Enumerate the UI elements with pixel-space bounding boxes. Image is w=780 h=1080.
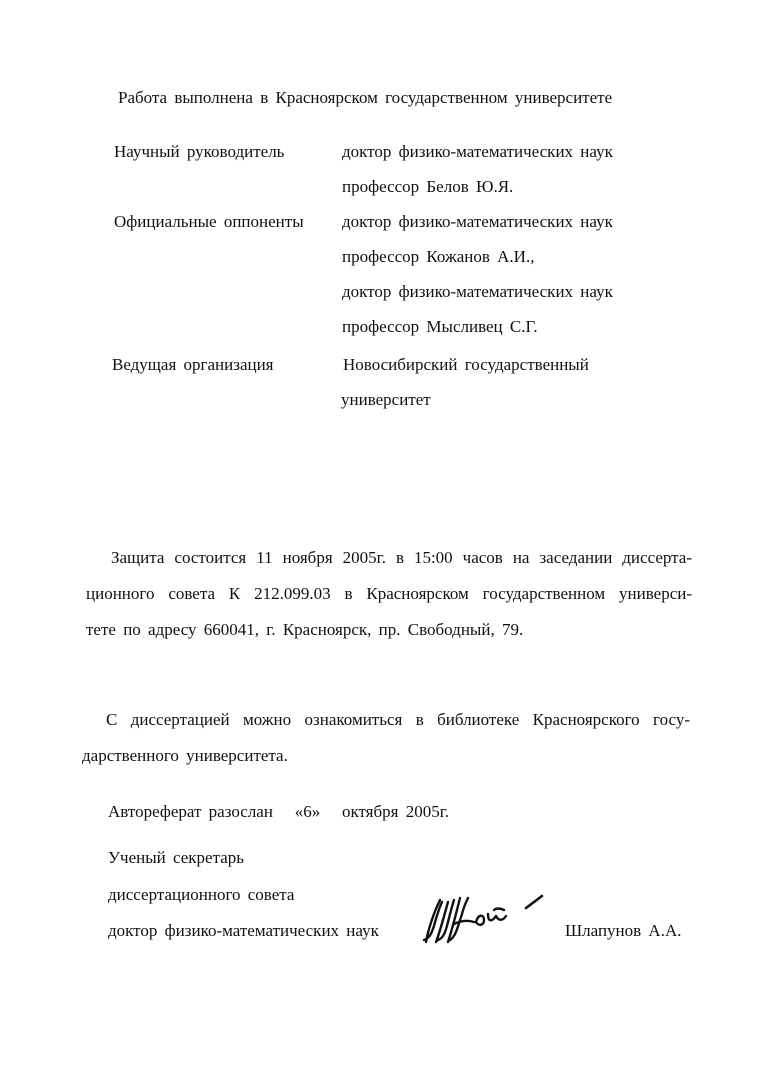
signature-icon (418, 892, 548, 948)
secretary-council: диссертационного совета (108, 885, 294, 905)
leading-org-line-1: Новосибирский государственный (343, 355, 589, 375)
role-opponents: Официальные оппоненты (114, 212, 304, 232)
opponent-1-name: профессор Кожанов А.И., (342, 247, 534, 267)
opponent-2-degree: доктор физико-математических наук (342, 282, 613, 302)
secretary-degree: доктор физико-математических наук (108, 921, 379, 941)
role-supervisor: Научный руководитель (114, 142, 284, 162)
defense-line-1: Защита состоится 11 ноября 2005г. в 15:0… (111, 548, 692, 568)
defense-line-2: ционного совета К 212.099.03 в Красноярс… (86, 584, 692, 604)
secretary-title: Ученый секретарь (108, 848, 244, 868)
institution-line: Работа выполнена в Красноярском государс… (118, 88, 612, 108)
role-leading-org: Ведущая организация (112, 355, 274, 375)
opponent-2-name: профессор Мысливец С.Г. (342, 317, 538, 337)
mailing-date: Автореферат разослан «6» октября 2005г. (108, 802, 449, 822)
secretary-name: Шлапунов А.А. (565, 921, 681, 941)
library-line-2: дарственного университета. (82, 746, 288, 766)
supervisor-degree: доктор физико-математических наук (342, 142, 613, 162)
library-line-1: С диссертацией можно ознакомиться в библ… (106, 710, 690, 730)
opponent-1-degree: доктор физико-математических наук (342, 212, 613, 232)
leading-org-line-2: университет (341, 390, 431, 410)
defense-line-3: тете по адресу 660041, г. Красноярск, пр… (86, 620, 523, 640)
supervisor-name: профессор Белов Ю.Я. (342, 177, 513, 197)
